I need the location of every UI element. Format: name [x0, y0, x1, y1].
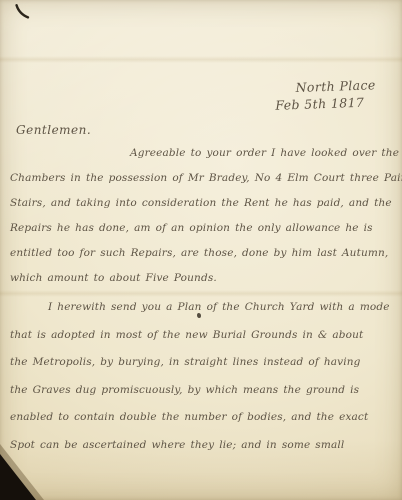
letter-line: Repairs he has done, am of an opinion th…: [10, 222, 394, 247]
letter-line: which amount to about Five Pounds.: [10, 272, 394, 297]
letter-line: the Metropolis, by burying, in straight …: [10, 356, 394, 384]
letter-line: I herewith send you a Plan of the Church…: [10, 301, 394, 329]
letter-line: enabled to contain double the number of …: [10, 411, 394, 439]
letter-line: Agreeable to your order I have looked ov…: [10, 147, 394, 172]
letter-line: Stairs, and taking into consideration th…: [10, 197, 394, 222]
letter-paragraph-1: Agreeable to your order I have looked ov…: [10, 147, 394, 297]
letter-line: entitled too for such Repairs, are those…: [10, 247, 394, 272]
letter-line: Chambers in the possession of Mr Bradey,…: [10, 172, 394, 197]
ink-mark-top-left: [11, 3, 36, 23]
letter-line: the Graves dug promiscuously, by which m…: [10, 384, 394, 412]
letter-salutation: Gentlemen.: [16, 123, 91, 137]
letter-line: Spot can be ascertained where they lie; …: [10, 439, 394, 467]
paper-crease: [0, 56, 402, 63]
scanned-letter-page: North Place Feb 5th 1817 Gentlemen. Agre…: [0, 0, 402, 500]
letter-paragraph-2: I herewith send you a Plan of the Church…: [10, 301, 394, 466]
letter-date: Feb 5th 1817: [275, 93, 377, 114]
letter-line: that is adopted in most of the new Buria…: [10, 329, 394, 357]
letter-heading: North Place Feb 5th 1817: [274, 76, 376, 114]
